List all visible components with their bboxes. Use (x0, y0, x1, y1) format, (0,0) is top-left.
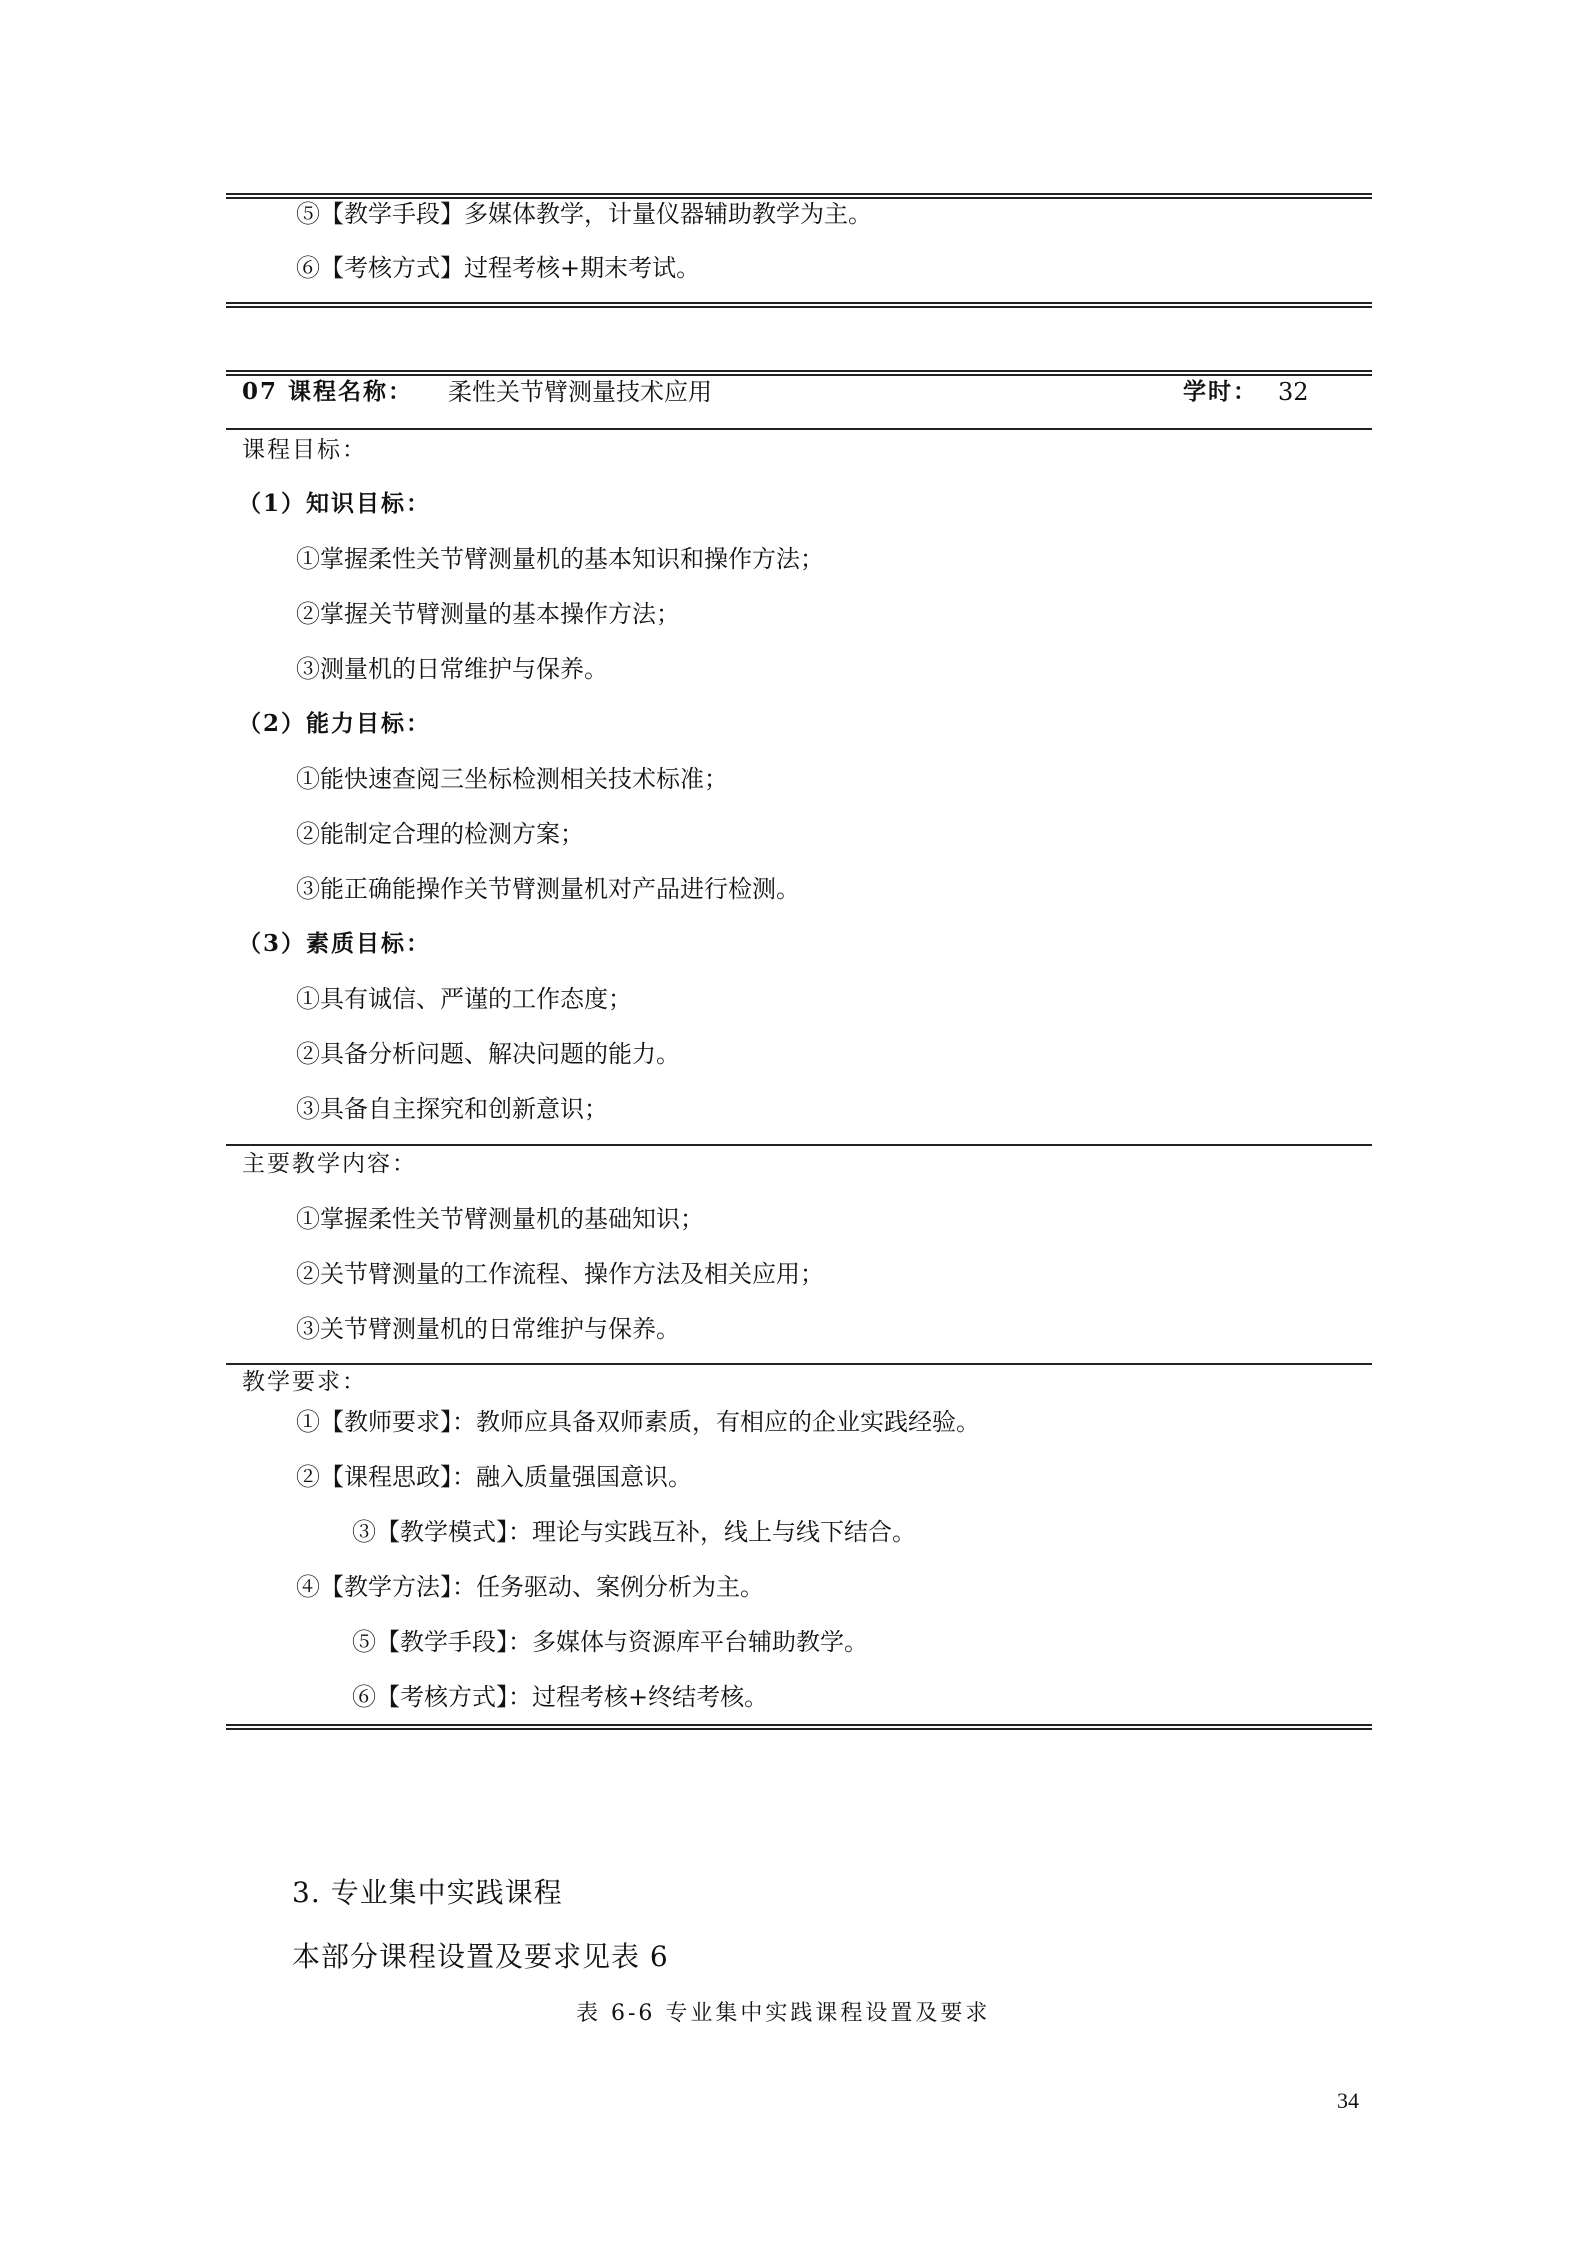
ability-item: ③能正确能操作关节臂测量机对产品进行检测。 (296, 875, 800, 903)
content-item: ③关节臂测量机的日常维护与保养。 (296, 1315, 680, 1343)
quality-item: ②具备分析问题、解决问题的能力。 (296, 1040, 680, 1068)
requirement-item: ③【教学模式】：理论与实践互补，线上与线下结合。 (352, 1518, 916, 1546)
course-name: 柔性关节臂测量技术应用 (448, 378, 712, 406)
quality-item: ③具备自主探究和创新意识； (296, 1095, 608, 1123)
knowledge-heading: （1）知识目标： (238, 490, 431, 518)
course-hours-label: 学时： (1183, 378, 1258, 406)
content-heading: 主要教学内容： (242, 1150, 417, 1178)
course-table-top-border (226, 370, 1372, 376)
quality-heading: （3）素质目标： (238, 930, 431, 958)
requirement-item: ⑤【教学手段】：多媒体与资源库平台辅助教学。 (352, 1628, 868, 1656)
page-number: 34 (1337, 2088, 1359, 2114)
section-title: 3. 专业集中实践课程 (292, 1876, 563, 1910)
table-bottom-border (226, 302, 1372, 308)
course-hours-value: 32 (1278, 378, 1309, 406)
table-top-border (226, 193, 1372, 199)
ability-heading: （2）能力目标： (238, 710, 431, 738)
section-body: 本部分课程设置及要求见表 6 (292, 1940, 669, 1974)
requirement-item: ①【教师要求】：教师应具备双师素质，有相应的企业实践经验。 (296, 1408, 980, 1436)
course-number-label: 07 课程名称： (242, 378, 413, 406)
table-caption: 表 6-6 专业集中实践课程设置及要求 (576, 2000, 990, 2028)
divider (226, 1144, 1372, 1146)
knowledge-item: ①掌握柔性关节臂测量机的基本知识和操作方法； (296, 545, 824, 573)
content-item: ②关节臂测量的工作流程、操作方法及相关应用； (296, 1260, 824, 1288)
requirement-item: ②【课程思政】：融入质量强国意识。 (296, 1463, 692, 1491)
requirement-item: ④【教学方法】：任务驱动、案例分析为主。 (296, 1573, 764, 1601)
quality-item: ①具有诚信、严谨的工作态度； (296, 985, 632, 1013)
objectives-heading: 课程目标： (242, 436, 367, 464)
ability-item: ②能制定合理的检测方案； (296, 820, 584, 848)
requirement-item: ⑥【考核方式】：过程考核+终结考核。 (352, 1683, 768, 1711)
course-table-bottom-border (226, 1724, 1372, 1730)
knowledge-item: ③测量机的日常维护与保养。 (296, 655, 608, 683)
prev-assessment-method: ⑥【考核方式】过程考核+期末考试。 (296, 254, 700, 282)
divider (226, 428, 1372, 430)
content-item: ①掌握柔性关节臂测量机的基础知识； (296, 1205, 704, 1233)
ability-item: ①能快速查阅三坐标检测相关技术标准； (296, 765, 728, 793)
prev-teaching-means: ⑤【教学手段】多媒体教学，计量仪器辅助教学为主。 (296, 200, 872, 228)
knowledge-item: ②掌握关节臂测量的基本操作方法； (296, 600, 680, 628)
requirements-heading: 教学要求： (242, 1368, 367, 1396)
divider (226, 1363, 1372, 1365)
